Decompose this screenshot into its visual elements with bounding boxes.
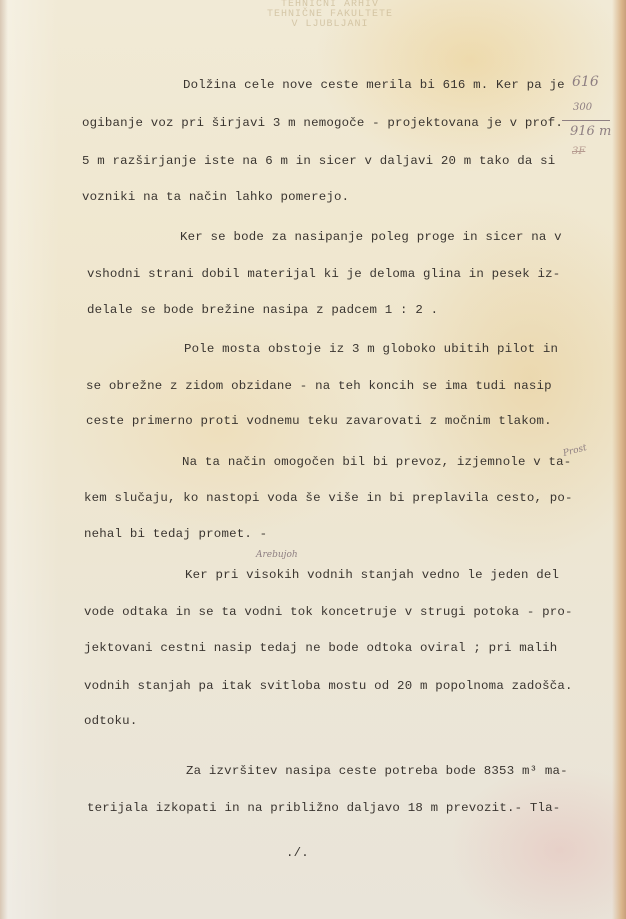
margin-struck-note: 3F [572,146,585,157]
text-line: kem slučaju, ko nastopi voda še više in … [84,491,573,505]
text-line: ceste primerno proti vodnemu teku zavaro… [86,414,552,428]
text-line: 5 m razširjanje iste na 6 m in sicer v d… [82,154,555,168]
text-line: se obrežne z zidom obzidane - na teh kon… [86,379,552,393]
text-line: ogibanje voz pri širjavi 3 m nemogoče - … [82,116,563,130]
text-line: Pole mosta obstoje iz 3 m globoko ubitih… [184,342,558,356]
text-line: vodnih stanjah pa itak svitloba mostu od… [84,679,573,693]
text-line: Ker pri visokih vodnih stanjah vedno le … [185,568,559,582]
text-line: odtoku. [84,714,137,728]
text-line: jektovani cestni nasip tedaj ne bode odt… [84,641,557,655]
text-line: Na ta način omogočen bil bi prevoz, izje… [182,455,571,469]
page-continuation-mark: ./. [286,846,309,860]
text-line: Za izvršitev nasipa ceste potreba bode 8… [186,764,568,778]
text-line: delale se bode brežine nasipa z padcem 1… [87,303,438,317]
archive-stamp: TEHNIČNI ARHIV TEHNIČNE FAKULTETE V LJUB… [250,0,410,30]
margin-sum-top: 616 [572,74,599,90]
text-line: terijala izkopati in na približno daljav… [87,801,560,815]
text-line: nehal bi tedaj promet. - [84,527,267,541]
margin-sum-add: 300 [573,102,592,113]
text-line: Ker se bode za nasipanje poleg proge in … [180,230,562,244]
stamp-line: V LJUBLJANI [250,20,410,30]
page-edge-left [0,0,8,919]
margin-sum-result: 916 m [570,124,611,139]
document-page: TEHNIČNI ARHIV TEHNIČNE FAKULTETE V LJUB… [0,0,626,919]
text-line: vozniki na ta način lahko pomerejo. [82,190,349,204]
text-line: Dolžina cele nove ceste merila bi 616 m.… [183,78,565,92]
margin-note-prost: Prost [562,443,588,459]
text-line: vshodni strani dobil materijal ki je del… [87,267,560,281]
margin-note-arebujoh: Arebujoh [256,550,298,560]
margin-sum-rule [562,120,610,121]
page-edge-right [612,0,626,919]
text-line: vode odtaka in se ta vodni tok koncetruj… [84,605,573,619]
